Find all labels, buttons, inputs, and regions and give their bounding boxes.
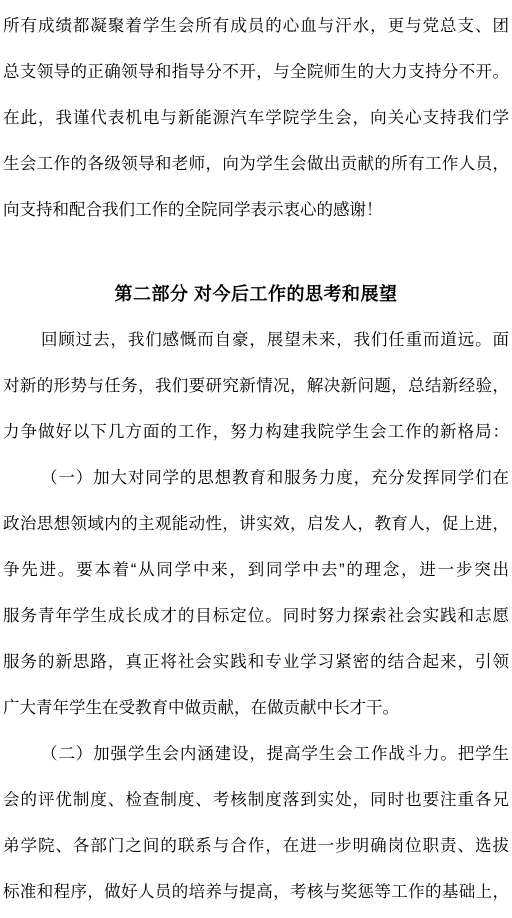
text-line: 所有成绩都凝聚着学生会所有成员的心血与汗水，更与党总支、团 xyxy=(3,3,509,49)
text-line: 会的评优制度、检查制度、考核制度落到实处，同时也要注重各兄 xyxy=(3,777,509,823)
text-line: 对新的形势与任务，我们要研究新情况，解决新问题，总结新经验， xyxy=(3,363,509,409)
blank-line xyxy=(3,233,509,271)
section-heading: 第二部分 对今后工作的思考和展望 xyxy=(3,271,509,317)
text-line: 总支领导的正确领导和指导分不开，与全院师生的大力支持分不开。 xyxy=(3,49,509,95)
text-line: 服务青年学生成长成才的目标定位。同时努力探索社会实践和志愿 xyxy=(3,593,509,639)
document-page: 所有成绩都凝聚着学生会所有成员的心血与汗水，更与党总支、团 总支领导的正确领导和… xyxy=(0,0,512,918)
text-line: 争先进。要本着“从同学中来，到同学中去”的理念，进一步突出 xyxy=(3,547,509,593)
text-line: 力争做好以下几方面的工作，努力构建我院学生会工作的新格局： xyxy=(3,409,509,455)
text-line: 向支持和配合我们工作的全院同学表示衷心的感谢！ xyxy=(3,187,509,233)
text-line: （二）加强学生会内涵建设，提高学生会工作战斗力。把学生 xyxy=(3,731,509,777)
text-line: 标准和程序，做好人员的培养与提高，考核与奖惩等工作的基础上， xyxy=(3,869,509,915)
text-line: 弟学院、各部门之间的联系与合作，在进一步明确岗位职责、选拔 xyxy=(3,823,509,869)
text-line: 回顾过去，我们感慨而自豪，展望未来，我们任重而道远。面 xyxy=(3,317,509,363)
text-line: （一）加大对同学的思想教育和服务力度，充分发挥同学们在 xyxy=(3,455,509,501)
text-line: 政治思想领域内的主观能动性，讲实效，启发人，教育人，促上进， xyxy=(3,501,509,547)
text-line: 广大青年学生在受教育中做贡献，在做贡献中长才干。 xyxy=(3,685,509,731)
text-line: 服务的新思路，真正将社会实践和专业学习紧密的结合起来，引领 xyxy=(3,639,509,685)
text-line: 生会工作的各级领导和老师，向为学生会做出贡献的所有工作人员， xyxy=(3,141,509,187)
text-line: 在此，我谨代表机电与新能源汽车学院学生会，向关心支持我们学 xyxy=(3,95,509,141)
